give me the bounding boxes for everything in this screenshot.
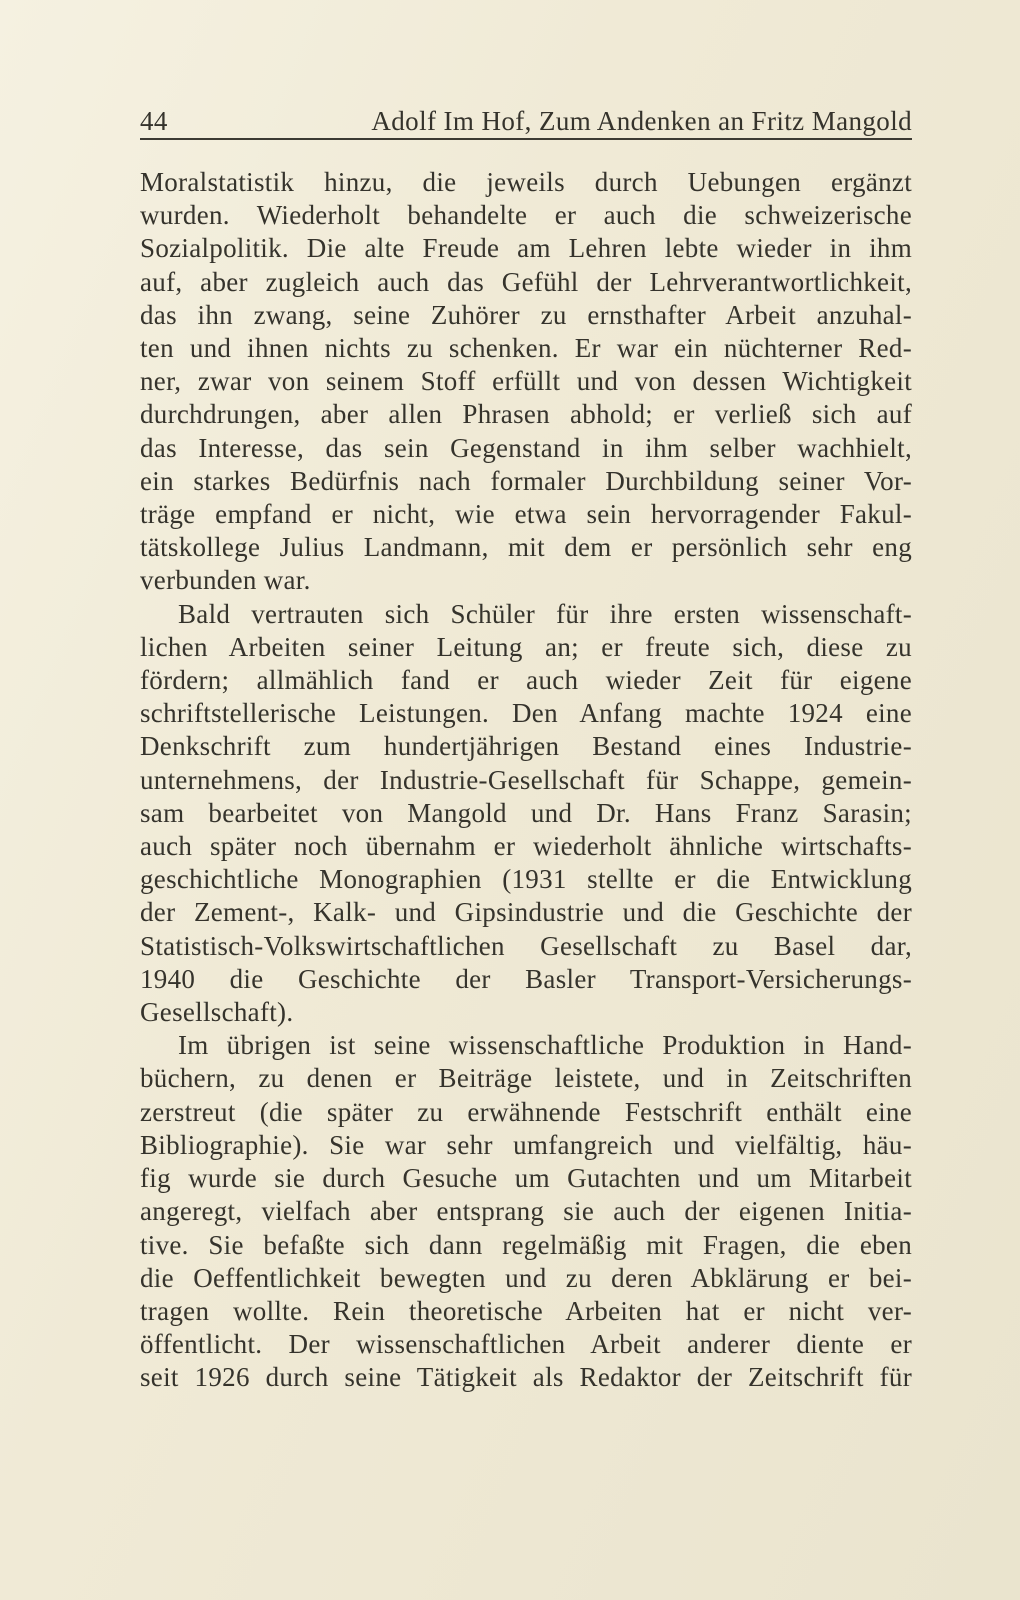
paragraph: Bald vertrauten sich Schüler für ihre er…: [140, 598, 912, 1030]
text-line: tätskollege Julius Landmann, mit dem er …: [140, 531, 912, 564]
text-line: auf, aber zugleich auch das Gefühl der L…: [140, 266, 912, 299]
text-line: büchern, zu denen er Beiträge leistete, …: [140, 1062, 912, 1095]
text-line: lichen Arbeiten seiner Leitung an; er fr…: [140, 631, 912, 664]
running-header: 44 Adolf Im Hof, Zum Andenken an Fritz M…: [140, 106, 912, 136]
text-line: 1940 die Geschichte der Basler Transport…: [140, 963, 912, 996]
running-header-title: Adolf Im Hof, Zum Andenken an Fritz Mang…: [371, 106, 912, 136]
text-line: durchdrungen, aber allen Phrasen abhold;…: [140, 398, 912, 431]
text-line: schriftstellerische Leistungen. Den Anfa…: [140, 697, 912, 730]
text-line: zerstreut (die später zu erwähnende Fest…: [140, 1096, 912, 1129]
text-line: verbunden war.: [140, 564, 912, 597]
book-page: 44 Adolf Im Hof, Zum Andenken an Fritz M…: [0, 0, 1020, 1600]
header-rule: [140, 138, 912, 140]
text-line: tive. Sie befaßte sich dann regelmäßig m…: [140, 1229, 912, 1262]
text-line: seit 1926 durch seine Tätigkeit als Reda…: [140, 1361, 912, 1394]
paragraph: Moralstatistik hinzu, die jeweils durch …: [140, 166, 912, 598]
text-line: geschichtliche Monographien (1931 stellt…: [140, 863, 912, 896]
text-line: fig wurde sie durch Gesuche um Gutachten…: [140, 1162, 912, 1195]
text-line: die Oeffentlichkeit bewegten und zu dere…: [140, 1262, 912, 1295]
text-line: Bibliographie). Sie war sehr umfangreich…: [140, 1129, 912, 1162]
text-line: Bald vertrauten sich Schüler für ihre er…: [140, 598, 912, 631]
page-number: 44: [140, 106, 168, 136]
text-line: Denkschrift zum hundertjährigen Bestand …: [140, 730, 912, 763]
text-line: das ihn zwang, seine Zuhörer zu ernsthaf…: [140, 299, 912, 332]
body-text: Moralstatistik hinzu, die jeweils durch …: [140, 166, 912, 1395]
text-line: Gesellschaft).: [140, 996, 912, 1029]
text-line: unternehmens, der Industrie-Gesellschaft…: [140, 764, 912, 797]
text-line: der Zement-, Kalk- und Gipsindustrie und…: [140, 896, 912, 929]
text-line: Statistisch-Volkswirtschaftlichen Gesell…: [140, 930, 912, 963]
page-content: 44 Adolf Im Hof, Zum Andenken an Fritz M…: [140, 106, 912, 1395]
text-line: ein starkes Bedürfnis nach formaler Durc…: [140, 465, 912, 498]
text-line: wurden. Wiederholt behandelte er auch di…: [140, 199, 912, 232]
text-line: öffentlicht. Der wissenschaftlichen Arbe…: [140, 1328, 912, 1361]
text-line: ten und ihnen nichts zu schenken. Er war…: [140, 332, 912, 365]
text-line: sam bearbeitet von Mangold und Dr. Hans …: [140, 797, 912, 830]
text-line: Moralstatistik hinzu, die jeweils durch …: [140, 166, 912, 199]
paragraph: Im übrigen ist seine wissenschaftliche P…: [140, 1029, 912, 1394]
text-line: tragen wollte. Rein theoretische Arbeite…: [140, 1295, 912, 1328]
text-line: Im übrigen ist seine wissenschaftliche P…: [140, 1029, 912, 1062]
text-line: Sozialpolitik. Die alte Freude am Lehren…: [140, 232, 912, 265]
text-line: angeregt, vielfach aber entsprang sie au…: [140, 1195, 912, 1228]
text-line: das Interesse, das sein Gegenstand in ih…: [140, 432, 912, 465]
text-line: fördern; allmählich fand er auch wieder …: [140, 664, 912, 697]
text-line: auch später noch übernahm er wiederholt …: [140, 830, 912, 863]
text-line: ner, zwar von seinem Stoff erfüllt und v…: [140, 365, 912, 398]
text-line: träge empfand er nicht, wie etwa sein he…: [140, 498, 912, 531]
